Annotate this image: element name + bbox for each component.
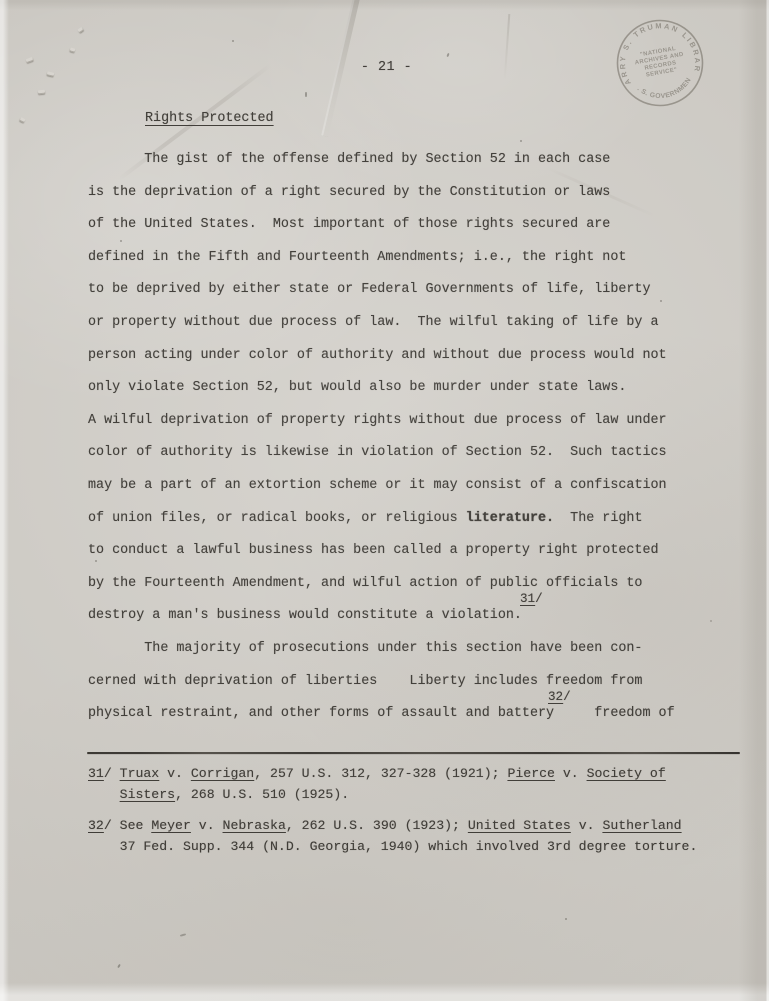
body-line: of the United States. Most important of … [88, 209, 708, 242]
footnote-line: 37 Fed. Supp. 344 (N.D. Georgia, 1940) w… [88, 837, 697, 858]
body-line: color of authority is likewise in violat… [88, 437, 708, 470]
paper-speck [520, 140, 522, 142]
body-line: destroy a man's business would constitut… [88, 600, 708, 633]
body-line: A wilful deprivation of property rights … [88, 405, 708, 438]
body-line: person acting under color of authority a… [88, 340, 708, 373]
paper-speck [305, 92, 307, 97]
footnote-32: 32/ See Meyer v. Nebraska, 262 U.S. 390 … [88, 816, 697, 857]
body-line: The majority of prosecutions under this … [88, 633, 708, 666]
body-line: physical restraint, and other forms of a… [88, 698, 708, 731]
footnote-separator [87, 752, 740, 754]
paper-speck [565, 918, 567, 920]
paper-chip [70, 47, 76, 52]
section-heading: Rights Protected [145, 111, 274, 126]
body-line: to be deprived by either state or Federa… [88, 274, 708, 307]
footnote-line: 31/ Truax v. Corrigan, 257 U.S. 312, 327… [88, 764, 666, 785]
body-line: is the deprivation of a right secured by… [88, 177, 708, 210]
footnote-line: Sisters, 268 U.S. 510 (1925). [88, 785, 666, 806]
body-line: The gist of the offense defined by Secti… [88, 144, 708, 177]
body-line: or property without due process of law. … [88, 307, 708, 340]
body-line: of union files, or radical books, or rel… [88, 503, 708, 536]
paper-speck [232, 40, 234, 42]
body-text: The gist of the offense defined by Secti… [88, 144, 708, 731]
body-line: defined in the Fifth and Fourteenth Amen… [88, 242, 708, 275]
body-line: to conduct a lawful business has been ca… [88, 535, 708, 568]
paper-speck [180, 933, 186, 936]
body-line: may be a part of an extortion scheme or … [88, 470, 708, 503]
footnote-ref-31: 31/ [520, 592, 543, 606]
body-line: cerned with deprivation of liberties Lib… [88, 666, 708, 699]
paper-speck [710, 620, 712, 622]
body-line: by the Fourteenth Amendment, and wilful … [88, 568, 708, 601]
paper-chip [38, 90, 45, 95]
paper-speck [117, 964, 121, 968]
footnote-line: 32/ See Meyer v. Nebraska, 262 U.S. 390 … [88, 816, 697, 837]
footnote-31: 31/ Truax v. Corrigan, 257 U.S. 312, 327… [88, 764, 666, 805]
truman-library-stamp: HARRY S. TRUMAN LIBRARY U. S. GOVERNMENT… [612, 15, 708, 111]
body-line: only violate Section 52, but would also … [88, 372, 708, 405]
paper-chip [19, 117, 25, 123]
paper-chip [77, 27, 83, 33]
footnote-ref-32: 32/ [548, 690, 571, 704]
document-page: - 21 - HARRY S. TRUMAN LIBRARY U. S. GOV… [0, 0, 769, 1001]
paper-speck [446, 53, 449, 57]
